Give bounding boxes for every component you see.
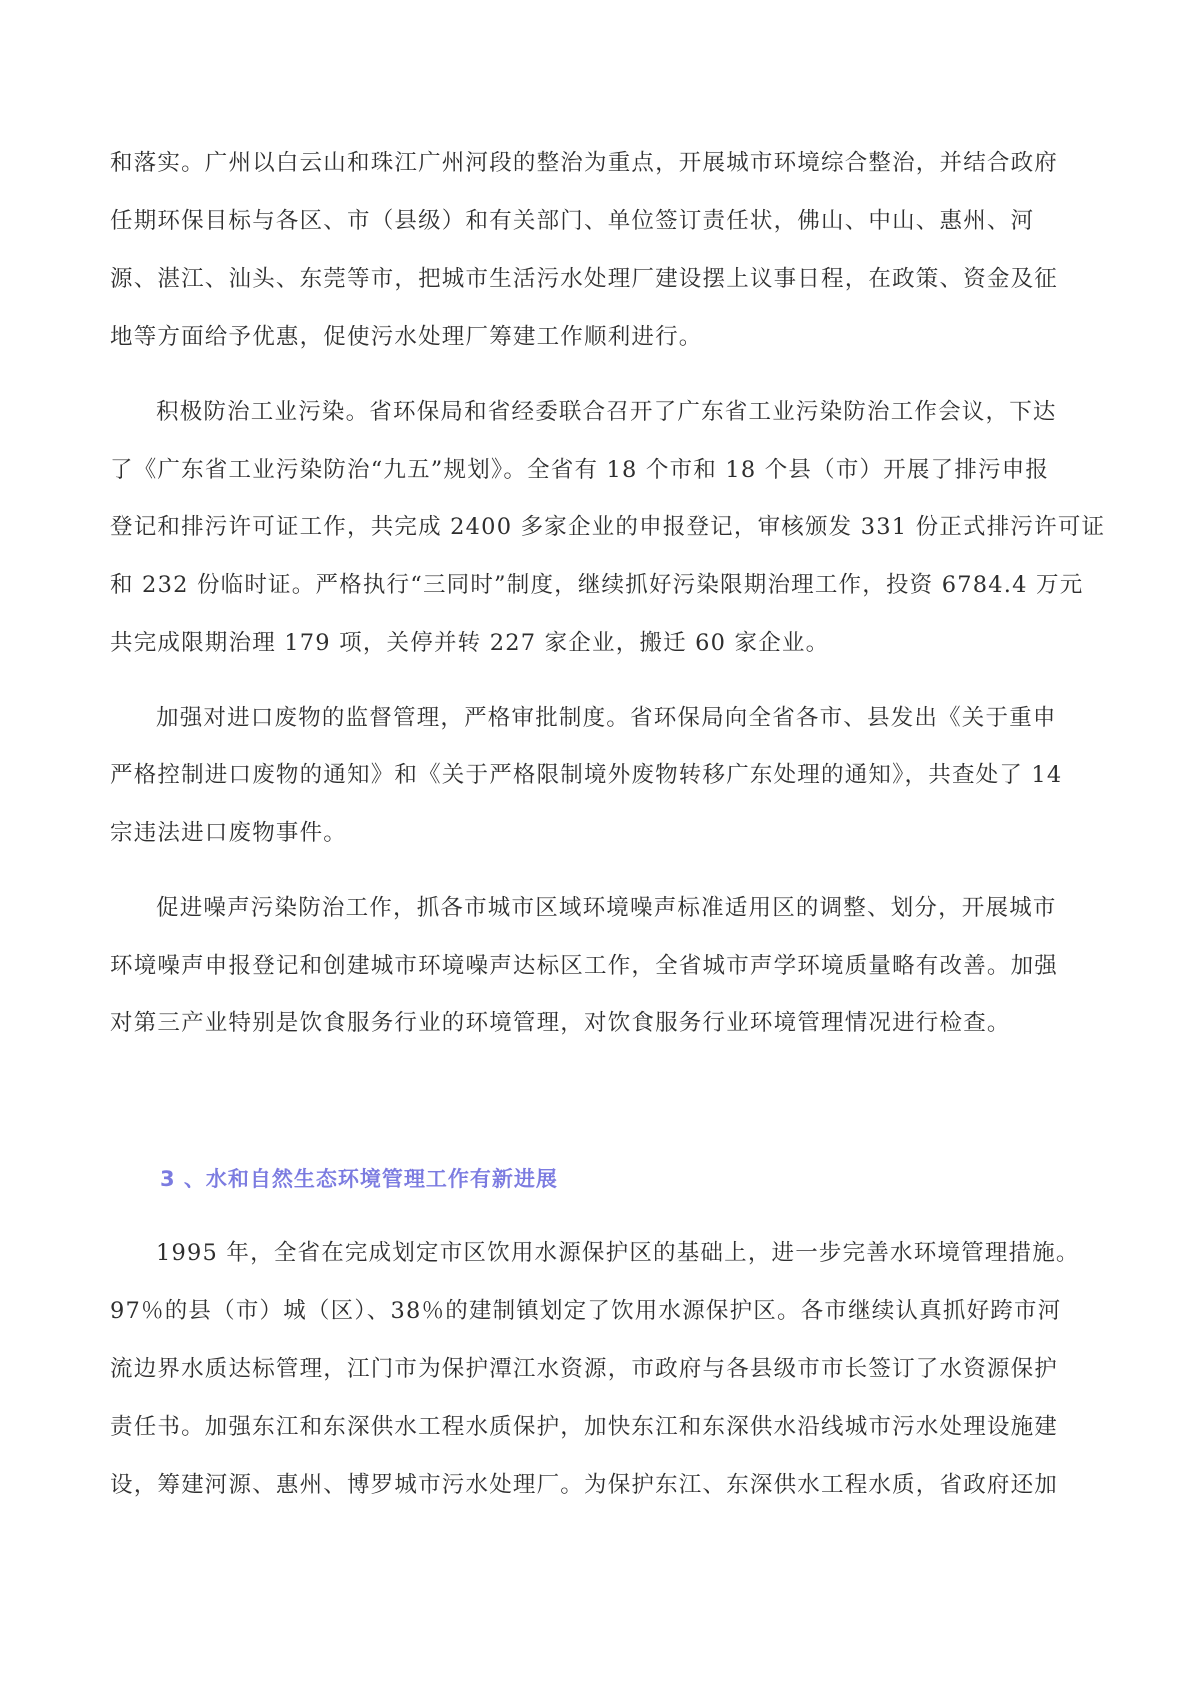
paragraph-2-line-5: 共完成限期治理 179 项，关停并转 227 家企业，搬迁 60 家企业。 (110, 628, 829, 658)
paragraph-3-line-2: 严格控制进口废物的通知》和《关于严格限制境外废物转移广东处理的通知》，共查处了 … (110, 760, 1062, 790)
paragraph-2-line-2: 了《广东省工业污染防治“九五”规划》。全省有 18 个市和 18 个县（市）开展… (110, 455, 1049, 485)
paragraph-4-line-2: 环境噪声申报登记和创建城市环境噪声达标区工作，全省城市声学环境质量略有改善。加强 (110, 951, 1058, 981)
paragraph-2-line-3: 登记和排污许可证工作，共完成 2400 多家企业的申报登记，审核颁发 331 份… (110, 512, 1105, 542)
paragraph-1-line-2: 任期环保目标与各区、市（县级）和有关部门、单位签订责任状，佛山、中山、惠州、河 (110, 206, 1034, 236)
paragraph-2-line-1: 积极防治工业污染。省环保局和省经委联合召开了广东省工业污染防治工作会议，下达 (156, 397, 1057, 427)
paragraph-3-line-3: 宗违法进口废物事件。 (110, 818, 347, 848)
paragraph-4-line-3: 对第三产业特别是饮食服务行业的环境管理，对饮食服务行业环境管理情况进行检查。 (110, 1008, 1011, 1038)
paragraph-1-line-3: 源、湛江、汕头、东莞等市，把城市生活污水处理厂建设摆上议事日程，在政策、资金及征 (110, 264, 1058, 294)
paragraph-4-line-1: 促进噪声污染防治工作，抓各市城市区域环境噪声标准适用区的调整、划分，开展城市 (156, 893, 1057, 923)
paragraph-2-line-4: 和 232 份临时证。严格执行“三同时”制度，继续抓好污染限期治理工作，投资 6… (110, 570, 1083, 600)
paragraph-5-line-2: 97％的县（市）城（区）、38％的建制镇划定了饮用水源保护区。各市继续认真抓好跨… (110, 1296, 1061, 1326)
document-page: 和落实。广州以白云山和珠江广州河段的整治为重点，开展城市环境综合整治，并结合政府… (0, 0, 1191, 1684)
section-heading: 3 、水和自然生态环境管理工作有新进展 (160, 1164, 558, 1194)
paragraph-5-line-5: 设，筹建河源、惠州、博罗城市污水处理厂。为保护东江、东深供水工程水质，省政府还加 (110, 1470, 1058, 1500)
paragraph-5-line-3: 流边界水质达标管理，江门市为保护潭江水资源，市政府与各县级市市长签订了水资源保护 (110, 1354, 1058, 1384)
paragraph-1-line-1: 和落实。广州以白云山和珠江广州河段的整治为重点，开展城市环境综合整治，并结合政府 (110, 148, 1058, 178)
paragraph-5-line-4: 责任书。加强东江和东深供水工程水质保护，加快东江和东深供水沿线城市污水处理设施建 (110, 1412, 1058, 1442)
paragraph-3-line-1: 加强对进口废物的监督管理，严格审批制度。省环保局向全省各市、县发出《关于重申 (156, 703, 1057, 733)
paragraph-5-line-1: 1995 年，全省在完成划定市区饮用水源保护区的基础上，进一步完善水环境管理措施… (156, 1238, 1080, 1268)
paragraph-1-line-4: 地等方面给予优惠，促使污水处理厂筹建工作顺利进行。 (110, 322, 703, 352)
